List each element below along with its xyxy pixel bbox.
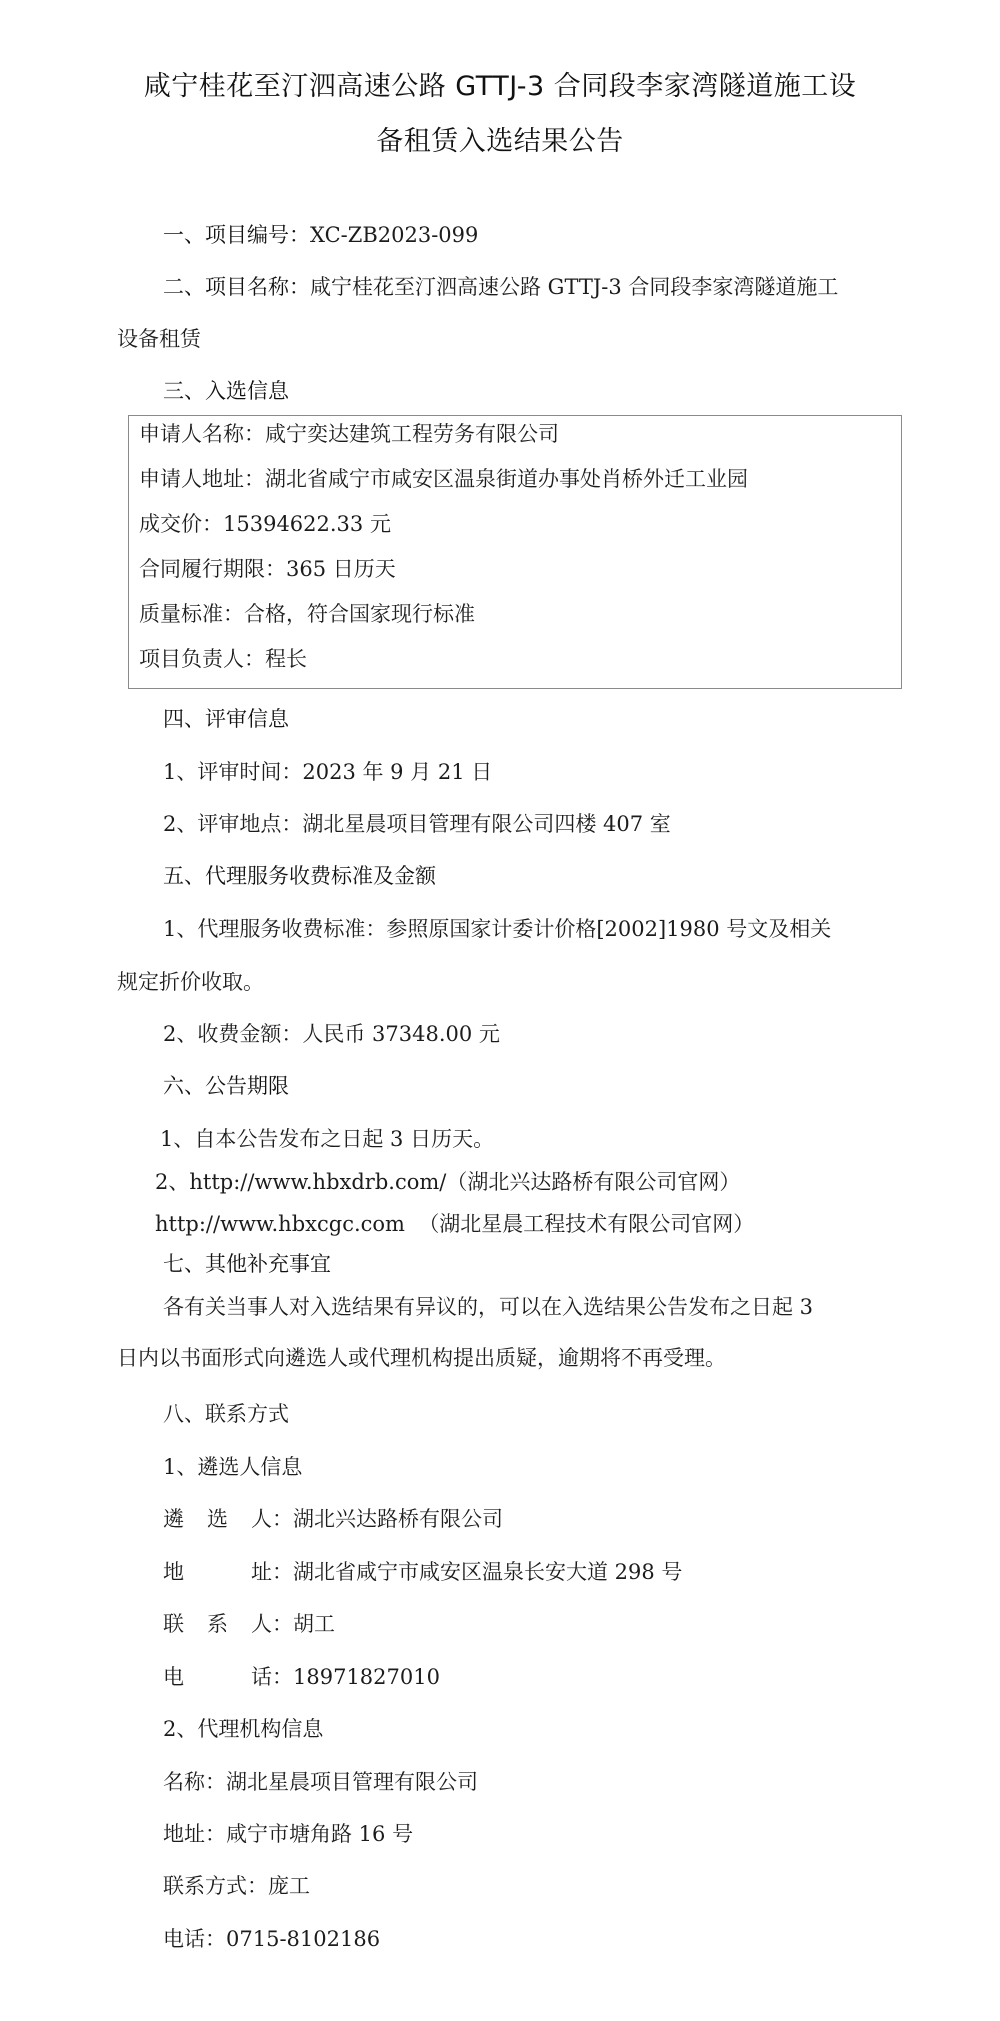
agency-info-subheading: 2、代理机构信息 xyxy=(163,1715,323,1743)
agency-address-value: 咸宁市塘角路 16 号 xyxy=(226,1822,413,1846)
project-number-label: 一、项目编号： xyxy=(163,223,310,247)
selector-address-value: 湖北省咸宁市咸安区温泉长安大道 298 号 xyxy=(293,1560,682,1584)
other-matters-line1: 各有关当事人对入选结果有异议的，可以在入选结果公告发布之日起 3 xyxy=(163,1293,813,1321)
agency-contact-value: 庞工 xyxy=(268,1874,310,1898)
agency-fee-standard-line1: 1、代理服务收费标准：参照原国家计委计价格[2002]1980 号文及相关 xyxy=(163,915,831,943)
selector-name-value: 湖北兴达路桥有限公司 xyxy=(293,1507,503,1531)
selection-info-heading: 三、入选信息 xyxy=(163,377,289,405)
contact-heading: 八、联系方式 xyxy=(163,1400,289,1428)
selector-phone-value: 18971827010 xyxy=(293,1665,440,1689)
announcement-period-heading: 六、公告期限 xyxy=(163,1072,289,1100)
agency-fee-amount: 2、收费金额：人民币 37348.00 元 xyxy=(163,1020,500,1048)
selector-phone-label: 电话： xyxy=(163,1663,293,1691)
announcement-site-2-row: http://www.hbxcgc.com （湖北星晨工程技术有限公司官网） xyxy=(155,1210,754,1238)
applicant-address-row: 申请人地址：湖北省咸宁市咸安区温泉街道办事处肖桥外迁工业园 xyxy=(139,465,748,493)
applicant-name-row: 申请人名称：咸宁奕达建筑工程劳务有限公司 xyxy=(139,420,559,448)
review-time-row: 1、评审时间：2023 年 9 月 21 日 xyxy=(163,758,492,786)
document-title-line2: 备租赁入选结果公告 xyxy=(0,125,1000,159)
agency-address-label: 地址： xyxy=(163,1822,226,1846)
document-title-line1: 咸宁桂花至汀泗高速公路 GTTJ-3 合同段李家湾隧道施工设 xyxy=(0,70,1000,104)
agency-phone-label: 电话： xyxy=(163,1927,226,1951)
transaction-price-row: 成交价：15394622.33 元 xyxy=(139,510,391,538)
review-time-value: 2023 年 9 月 21 日 xyxy=(302,760,492,784)
applicant-address-label: 申请人地址： xyxy=(139,467,265,491)
agency-address-row: 地址：咸宁市塘角路 16 号 xyxy=(163,1820,413,1848)
quality-standard-label: 质量标准： xyxy=(139,602,244,626)
selector-address-row: 地址：湖北省咸宁市咸安区温泉长安大道 298 号 xyxy=(163,1558,682,1586)
announcement-period-days: 1、自本公告发布之日起 3 日历天。 xyxy=(160,1125,494,1153)
review-time-label: 1、评审时间： xyxy=(163,760,302,784)
announcement-site-1-note: （湖北兴达路桥有限公司官网） xyxy=(446,1170,740,1194)
selector-name-label: 遴选人： xyxy=(163,1505,293,1533)
document-page: 咸宁桂花至汀泗高速公路 GTTJ-3 合同段李家湾隧道施工设 备租赁入选结果公告… xyxy=(0,0,1000,2021)
selector-contact-label: 联系人： xyxy=(163,1610,293,1638)
project-number-row: 一、项目编号：XC-ZB2023-099 xyxy=(163,221,478,249)
agency-contact-label: 联系方式： xyxy=(163,1874,268,1898)
transaction-price-value: 15394622.33 元 xyxy=(223,512,391,536)
transaction-price-label: 成交价： xyxy=(139,512,223,536)
project-name-row: 二、项目名称：咸宁桂花至汀泗高速公路 GTTJ-3 合同段李家湾隧道施工 xyxy=(163,273,838,301)
quality-standard-value: 合格，符合国家现行标准 xyxy=(244,602,475,626)
announcement-site-2-note: （湖北星晨工程技术有限公司官网） xyxy=(418,1212,754,1236)
announcement-site-1-row: 2、http://www.hbxdrb.com/（湖北兴达路桥有限公司官网） xyxy=(155,1168,740,1196)
applicant-name-value: 咸宁奕达建筑工程劳务有限公司 xyxy=(265,422,559,446)
agency-name-value: 湖北星晨项目管理有限公司 xyxy=(226,1770,478,1794)
selector-name-row: 遴选人：湖北兴达路桥有限公司 xyxy=(163,1505,503,1533)
selector-contact-value: 胡工 xyxy=(293,1612,335,1636)
project-number-value: XC-ZB2023-099 xyxy=(310,223,478,247)
project-manager-label: 项目负责人： xyxy=(139,647,265,671)
project-name-value: 咸宁桂花至汀泗高速公路 GTTJ-3 合同段李家湾隧道施工 xyxy=(310,275,838,299)
agency-contact-row: 联系方式：庞工 xyxy=(163,1872,310,1900)
selector-address-label: 地址： xyxy=(163,1558,293,1586)
announcement-site-1-link[interactable]: http://www.hbxdrb.com/ xyxy=(189,1170,446,1194)
project-name-continued: 设备租赁 xyxy=(117,325,201,353)
agency-fee-heading: 五、代理服务收费标准及金额 xyxy=(163,862,436,890)
project-name-label: 二、项目名称： xyxy=(163,275,310,299)
quality-standard-row: 质量标准：合格，符合国家现行标准 xyxy=(139,600,475,628)
agency-phone-row: 电话：0715-8102186 xyxy=(163,1925,380,1953)
contract-period-value: 365 日历天 xyxy=(286,557,396,581)
selector-phone-row: 电话：18971827010 xyxy=(163,1663,440,1691)
agency-name-label: 名称： xyxy=(163,1770,226,1794)
project-manager-row: 项目负责人：程长 xyxy=(139,645,307,673)
selector-contact-row: 联系人：胡工 xyxy=(163,1610,335,1638)
other-matters-heading: 七、其他补充事宜 xyxy=(163,1250,331,1278)
review-location-value: 湖北星晨项目管理有限公司四楼 407 室 xyxy=(302,812,670,836)
review-info-heading: 四、评审信息 xyxy=(163,705,289,733)
contract-period-label: 合同履行期限： xyxy=(139,557,286,581)
selection-info-box: 申请人名称：咸宁奕达建筑工程劳务有限公司 申请人地址：湖北省咸宁市咸安区温泉街道… xyxy=(128,415,902,689)
applicant-name-label: 申请人名称： xyxy=(139,422,265,446)
applicant-address-value: 湖北省咸宁市咸安区温泉街道办事处肖桥外迁工业园 xyxy=(265,467,748,491)
project-manager-value: 程长 xyxy=(265,647,307,671)
contract-period-row: 合同履行期限：365 日历天 xyxy=(139,555,396,583)
review-location-label: 2、评审地点： xyxy=(163,812,302,836)
agency-name-row: 名称：湖北星晨项目管理有限公司 xyxy=(163,1768,478,1796)
review-location-row: 2、评审地点：湖北星晨项目管理有限公司四楼 407 室 xyxy=(163,810,671,838)
selector-info-subheading: 1、遴选人信息 xyxy=(163,1453,302,1481)
announcement-site-1-prefix: 2、 xyxy=(155,1170,189,1194)
announcement-site-2-link[interactable]: http://www.hbxcgc.com xyxy=(155,1212,405,1236)
agency-fee-standard-line2: 规定折价收取。 xyxy=(117,968,264,996)
agency-phone-value: 0715-8102186 xyxy=(226,1927,380,1951)
other-matters-line2: 日内以书面形式向遴选人或代理机构提出质疑，逾期将不再受理。 xyxy=(117,1344,726,1372)
